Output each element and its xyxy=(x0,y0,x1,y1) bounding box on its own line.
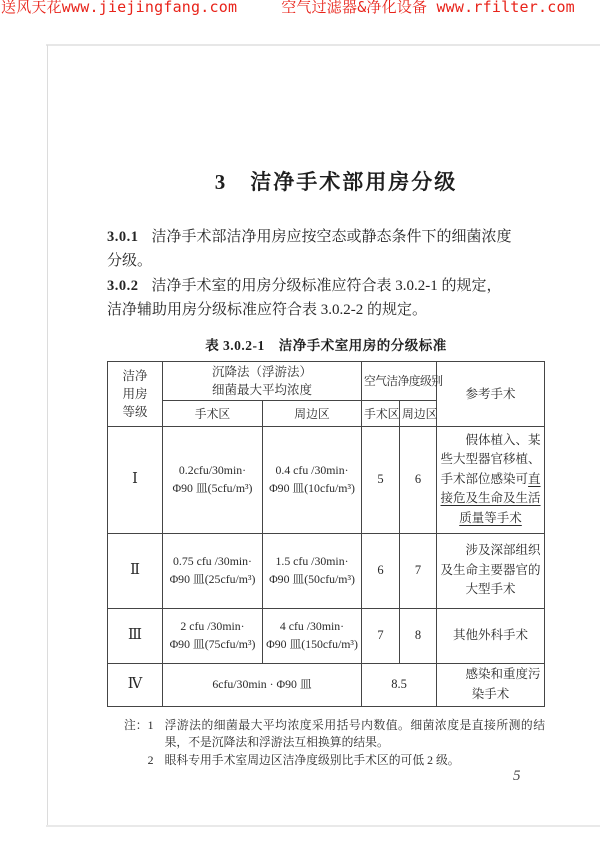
cell-op-concentration: 0.75 cfu /30min· Φ90 皿(25cfu/m³) xyxy=(163,533,263,608)
chapter-title: 3 洁净手术部用房分级 xyxy=(127,166,545,196)
scanned-document-page: 送风天花www.jiejingfang.com 空气过滤器&净化设备 www.r… xyxy=(0,0,600,849)
cell-combined-air: 8.5 xyxy=(362,663,437,706)
note-number: 2 xyxy=(148,752,165,770)
cell-air-op: 5 xyxy=(362,426,400,533)
cell-grade: Ⅲ xyxy=(108,608,163,663)
cell-grade: Ⅱ xyxy=(108,533,163,608)
table-row-grade-4: Ⅳ 6cfu/30min · Φ90 皿 8.5 感染和重度污染手术 xyxy=(108,663,545,706)
notes-label: 注： xyxy=(124,717,148,770)
cell-grade: Ⅳ xyxy=(108,663,163,706)
header-peripheral-zone-1: 周边区 xyxy=(263,400,362,426)
cell-reference-surgery: 感染和重度污染手术 xyxy=(437,663,545,706)
cell-combined-concentration: 6cfu/30min · Φ90 皿 xyxy=(163,663,362,706)
note-text: 眼科专用手术室周边区洁净度级别比手术区的可低 2 级。 xyxy=(165,752,545,770)
header-operating-zone-1: 手术区 xyxy=(163,400,263,426)
header-peripheral-zone-2: 周边区 xyxy=(400,400,437,426)
scan-edge-bottom xyxy=(46,825,600,827)
header-reference-surgery: 参考手术 xyxy=(437,361,545,426)
table-notes: 注： 1 浮游法的细菌最大平均浓度采用括号内数值。细菌浓度是直接所测的结果，不是… xyxy=(124,717,545,770)
clause-text: 洁净手术部洁净用房应按空态或静态条件下的细菌浓度 分级。 xyxy=(107,229,512,269)
cell-reference-surgery: 假体植入、某些大型器官移植、手术部位感染可直接危及生命及生活质量等手术 xyxy=(437,426,545,533)
cell-peri-concentration: 4 cfu /30min· Φ90 皿(150cfu/m³) xyxy=(263,608,362,663)
cell-reference-surgery: 涉及深部组织及生命主要器官的大型手术 xyxy=(437,533,545,608)
scan-edge-left xyxy=(47,45,48,826)
header-air-cleanliness-group: 空气洁净度级别 xyxy=(362,361,437,400)
page-number: 5 xyxy=(513,768,521,785)
note-1: 1 浮游法的细菌最大平均浓度采用括号内数值。细菌浓度是直接所测的结果，不是沉降法… xyxy=(148,717,545,752)
header-grade: 洁净 用房 等级 xyxy=(108,361,163,426)
table-row-grade-1: Ⅰ 0.2cfu/30min· Φ90 皿(5cfu/m³) 0.4 cfu /… xyxy=(108,426,545,533)
classification-table: 洁净 用房 等级 沉降法（浮游法） 细菌最大平均浓度 空气洁净度级别 参考手术 … xyxy=(107,361,545,707)
cell-grade: Ⅰ xyxy=(108,426,163,533)
cell-air-peri: 7 xyxy=(400,533,437,608)
note-2: 2 眼科专用手术室周边区洁净度级别比手术区的可低 2 级。 xyxy=(148,752,545,770)
cell-op-concentration: 0.2cfu/30min· Φ90 皿(5cfu/m³) xyxy=(163,426,263,533)
clause-number: 3.0.1 xyxy=(107,229,139,245)
cell-air-op: 7 xyxy=(362,608,400,663)
cell-op-concentration: 2 cfu /30min· Φ90 皿(75cfu/m³) xyxy=(163,608,263,663)
document-content: 3 洁净手术部用房分级 3.0.1洁净手术部洁净用房应按空态或静态条件下的细菌浓… xyxy=(107,0,545,769)
cell-peri-concentration: 0.4 cfu /30min· Φ90 皿(10cfu/m³) xyxy=(263,426,362,533)
clause-3-0-1: 3.0.1洁净手术部洁净用房应按空态或静态条件下的细菌浓度 分级。 xyxy=(107,225,545,274)
table-caption: 表 3.0.2-1 洁净手术室用房的分级标准 xyxy=(107,334,545,354)
clause-number: 3.0.2 xyxy=(107,278,139,294)
cell-air-op: 6 xyxy=(362,533,400,608)
table-row-grade-3: Ⅲ 2 cfu /30min· Φ90 皿(75cfu/m³) 4 cfu /3… xyxy=(108,608,545,663)
note-number: 1 xyxy=(148,717,165,752)
note-text: 浮游法的细菌最大平均浓度采用括号内数值。细菌浓度是直接所测的结果，不是沉降法和浮… xyxy=(165,717,545,752)
cell-air-peri: 8 xyxy=(400,608,437,663)
header-sedimentation-group: 沉降法（浮游法） 细菌最大平均浓度 xyxy=(163,361,362,400)
clause-text: 洁净手术室的用房分级标准应符合表 3.0.2-1 的规定， 洁净辅助用房分级标准… xyxy=(107,278,502,318)
cell-reference-surgery: 其他外科手术 xyxy=(437,608,545,663)
table-row-grade-2: Ⅱ 0.75 cfu /30min· Φ90 皿(25cfu/m³) 1.5 c… xyxy=(108,533,545,608)
header-operating-zone-2: 手术区 xyxy=(362,400,400,426)
cell-peri-concentration: 1.5 cfu /30min· Φ90 皿(50cfu/m³) xyxy=(263,533,362,608)
clause-3-0-2: 3.0.2洁净手术室的用房分级标准应符合表 3.0.2-1 的规定， 洁净辅助用… xyxy=(107,274,545,323)
table-header-row-groups: 洁净 用房 等级 沉降法（浮游法） 细菌最大平均浓度 空气洁净度级别 参考手术 xyxy=(108,361,545,400)
cell-air-peri: 6 xyxy=(400,426,437,533)
